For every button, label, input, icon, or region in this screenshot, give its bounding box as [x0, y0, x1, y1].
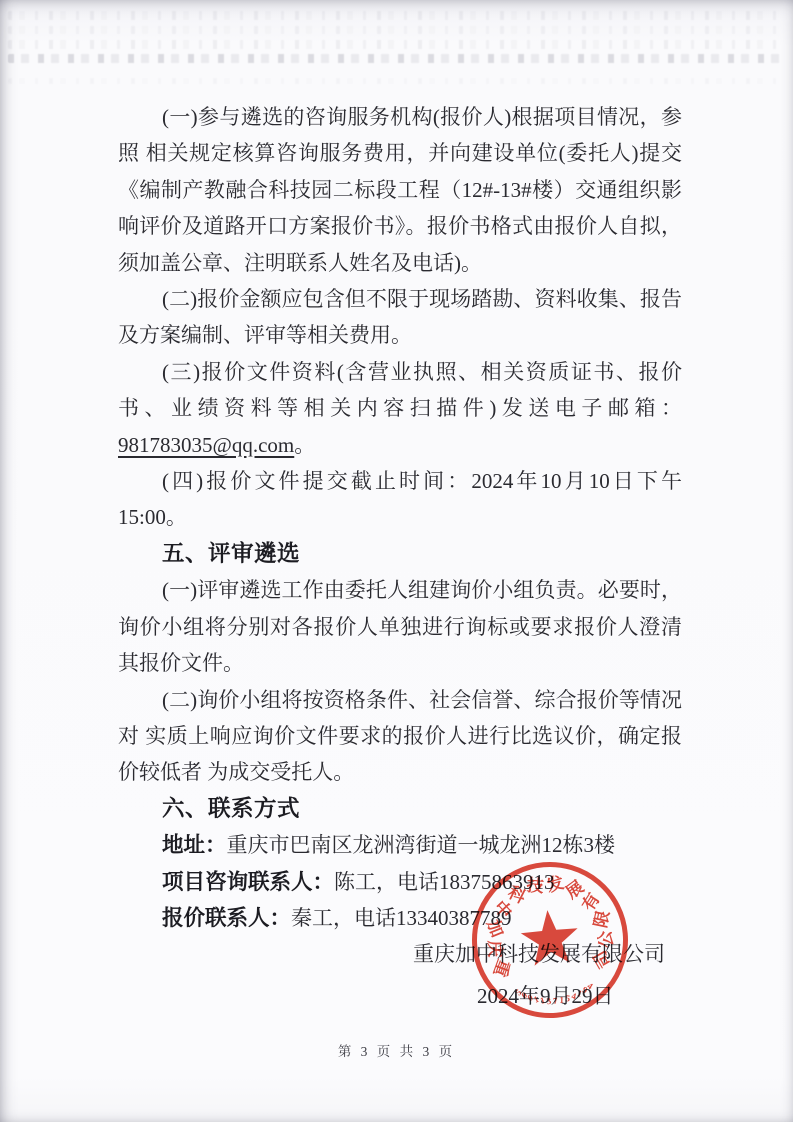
- seal-text-char: 发: [543, 872, 566, 896]
- seal-text-char: 3: [546, 996, 553, 1007]
- seal-text-char: 加: [483, 917, 508, 940]
- scan-noise-band: [8, 78, 785, 84]
- section5-heading: 五、评审遴选: [118, 536, 682, 572]
- page-number-footer: 第 3 页 共 3 页: [0, 1040, 793, 1060]
- paragraph-quote-documents-tail: 。: [294, 433, 315, 457]
- scan-noise-band: [8, 54, 785, 63]
- seal-text-char: 技: [525, 875, 545, 897]
- paragraph-quote-documents: (三)报价文件资料(含营业执照、相关资质证书、报价书、业绩资料等相关内容扫描件)…: [118, 354, 682, 463]
- section5-paragraph-2: (二)询价小组将按资格条件、社会信誉、综合报价等情况对 实质上响应询价文件要求的…: [118, 682, 682, 791]
- scan-noise-band: [8, 40, 785, 49]
- seal-text-char: 限: [591, 909, 613, 930]
- contact-address-label: 地址：: [162, 833, 227, 857]
- contact-project-label: 项目咨询联系人：: [162, 870, 334, 894]
- paragraph-deadline: (四)报价文件提交截止时间：2024年10月10日下午15:00。: [118, 463, 682, 536]
- contact-quote-label: 报价联系人：: [162, 906, 291, 930]
- paragraph-quote-submission: (一)参与遴选的咨询服务机构(报价人)根据项目情况，参照 相关规定核算咨询服务费…: [118, 99, 682, 281]
- email-address: 981783035@qq.com: [118, 433, 294, 457]
- paragraph-quote-documents-text: (三)报价文件资料(含营业执照、相关资质证书、报价书、业绩资料等相关内容扫描件)…: [118, 360, 682, 420]
- seal-text-char: 7: [553, 996, 559, 1006]
- seal-text-char: 庆: [485, 940, 505, 957]
- seal-text-char: 1: [559, 995, 564, 1005]
- seal-text-char: 司: [590, 947, 615, 971]
- scanned-document-page: (一)参与遴选的咨询服务机构(报价人)根据项目情况，参照 相关规定核算咨询服务费…: [0, 0, 793, 1122]
- section5-paragraph-1: (一)评审遴选工作由委托人组建询价小组负责。必要时，询价小组将分别对各报价人单独…: [118, 572, 682, 681]
- paragraph-quote-amount: (二)报价金额应包含但不限于现场踏勘、资料收集、报告及方案编制、评审等相关费用。: [118, 281, 682, 354]
- scan-noise-band: [8, 26, 785, 34]
- seal-star-icon: [519, 908, 581, 967]
- seal-text-char: 公: [595, 929, 616, 949]
- scan-noise-band: [8, 11, 785, 20]
- company-seal-stamp: 重庆加中科技发展有限公司5001137154194: [458, 848, 642, 1032]
- section6-heading: 六、联系方式: [118, 791, 682, 827]
- seal-text-char: 重: [490, 957, 515, 980]
